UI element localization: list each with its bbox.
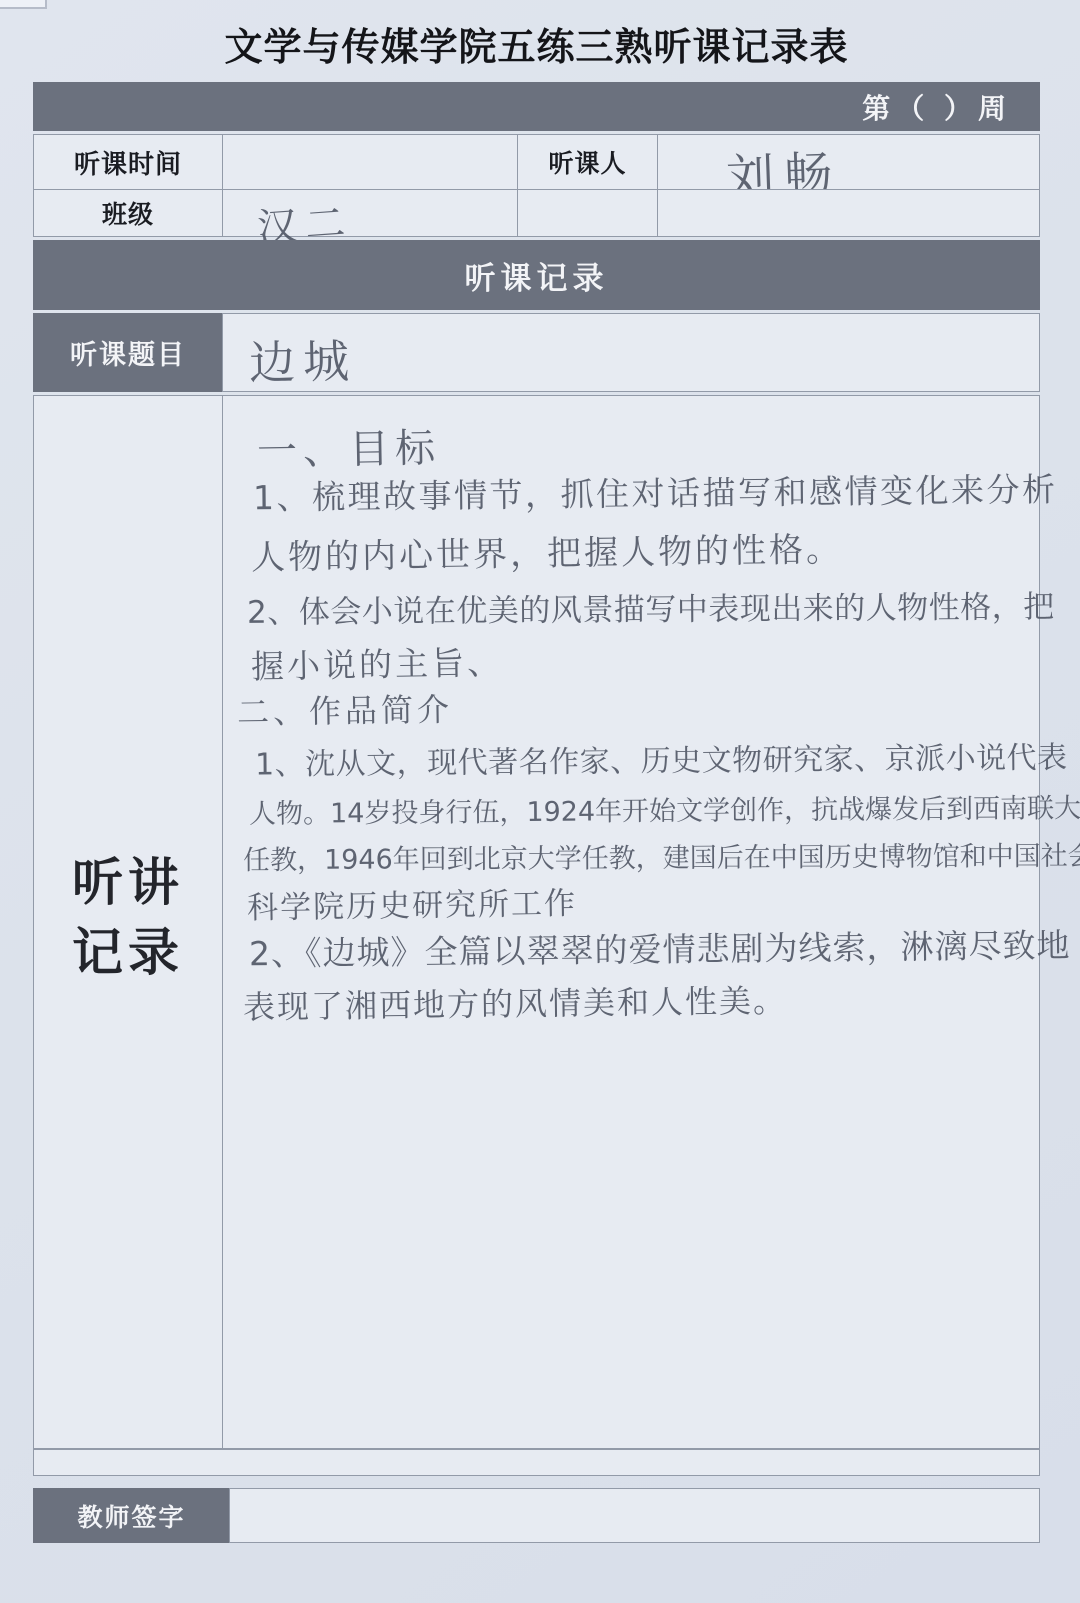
lecture-time-value: [222, 134, 518, 190]
class-value-cell: 汉二: [222, 189, 518, 237]
topic-value-handwriting: 边城: [248, 325, 357, 393]
week-label: 第（ ）周: [862, 87, 1012, 127]
spacer-row: [33, 1449, 1040, 1476]
empty-cell: [517, 189, 658, 237]
handwriting-line: 2、《边城》全篇以翠翠的爱情悲剧为线索，淋漓尽致地: [249, 920, 1071, 976]
observer-label: 听课人: [517, 134, 658, 190]
teacher-signature-label: 教师签字: [33, 1488, 230, 1543]
class-label: 班级: [33, 189, 223, 237]
handwriting-line: 握小说的主旨、: [251, 637, 504, 688]
handwriting-line: 表现了湘西地方的风情美和人性美。: [243, 976, 788, 1029]
handwriting-line: 科学院历史研究所工作: [247, 878, 578, 928]
handwriting-line: 一、目标: [257, 416, 442, 476]
week-header-bar: 第（ ）周: [33, 82, 1040, 131]
empty-cell: [657, 189, 1040, 237]
lecture-time-label: 听课时间: [33, 134, 223, 190]
page-title: 文学与传媒学院五练三熟听课记录表: [33, 16, 1040, 71]
notes-label: 听讲 记录: [33, 848, 223, 989]
handwriting-line: 2、体会小说在优美的风景描写中表现出来的人物性格，把: [247, 581, 1055, 632]
topic-label: 听课题目: [33, 313, 223, 392]
teacher-signature-value: [229, 1488, 1040, 1543]
notes-area: 一、目标1、梳理故事情节，抓住对话描写和感情变化来分析人物的内心世界，把握人物的…: [222, 395, 1040, 1449]
handwriting-line: 1、沈从文，现代著名作家、历史文物研究家、京派小说代表: [255, 732, 1068, 783]
handwriting-line: 任教，1946年回到北京大学任教，建国后在中国历史博物馆和中国社会: [243, 834, 1080, 877]
section-banner: 听课记录: [33, 240, 1040, 310]
observer-value-cell: 刘畅: [657, 134, 1040, 190]
handwriting-line: 1、梳理故事情节，抓住对话描写和感情变化来分析: [253, 464, 1058, 519]
handwriting-line: 人物的内心世界，把握人物的性格。: [251, 522, 844, 579]
scan-artifact: [0, 0, 47, 9]
topic-value-cell: 边城: [222, 313, 1040, 392]
handwriting-line: 二、作品简介: [237, 684, 454, 733]
handwriting-line: 人物。14岁投身行伍，1924年开始文学创作，抗战爆发后到西南联大: [249, 786, 1080, 831]
